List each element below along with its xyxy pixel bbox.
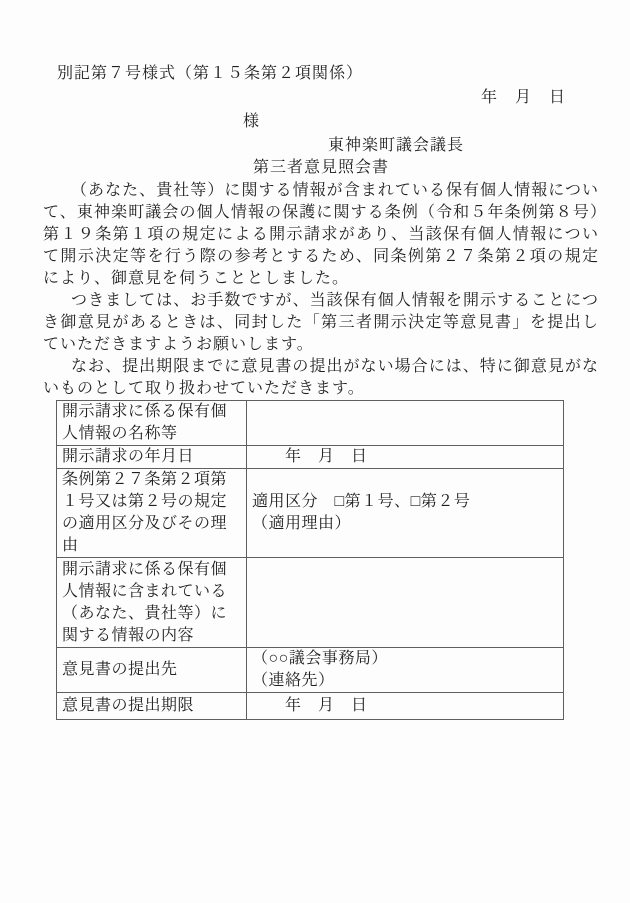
document-content: 別記第７号様式（第１５条第２項関係） 年 月 日 様 東神楽町議会議長 第三者意… [0, 0, 599, 720]
table-row-submission-destination: 意見書の提出先 （○○議会事務局） （連絡先） [57, 648, 564, 693]
paragraph-intro: （あなた、貴社等）に関する情報が含まれている保有個人情報について、東神楽町議会の… [43, 180, 599, 290]
row-label-submission-destination: 意見書の提出先 [57, 648, 247, 693]
sender-name: 東神楽町議会議長 [43, 134, 599, 158]
row-label-applicable-category: 条例第２７条第２項第１号又は第２号の規定の適用区分及びその理由 [57, 469, 247, 558]
submission-office-line: （○○議会事務局） [252, 648, 558, 670]
paragraph-request: つきましては、お手数ですが、当該保有個人情報を開示することにつき御意見があるとき… [43, 290, 599, 356]
table-row-submission-deadline: 意見書の提出期限 年 月 日 [57, 693, 564, 720]
row-label-info-content: 開示請求に係る保有個人情報に含まれている（あなた、貴社等）に関する情報の内容 [57, 558, 247, 648]
form-number: 別記第７号様式（第１５条第２項関係） [43, 62, 599, 86]
submission-contact-line: （連絡先） [252, 670, 558, 692]
row-label-submission-deadline: 意見書の提出期限 [57, 693, 247, 720]
table-row-info-content: 開示請求に係る保有個人情報に含まれている（あなた、貴社等）に関する情報の内容 [57, 558, 564, 648]
paragraph-deadline-note: なお、提出期限までに意見書の提出がない場合には、特に御意見がないものとして取り扱… [43, 356, 599, 400]
applicable-reason-line: （適用理由） [252, 513, 558, 535]
form-table: 開示請求に係る保有個人情報の名称等 開示請求の年月日 年 月 日 条例第２７条第… [56, 400, 564, 720]
row-value-submission-deadline: 年 月 日 [247, 693, 564, 720]
table-row-request-date: 開示請求の年月日 年 月 日 [57, 446, 564, 469]
row-value-submission-destination: （○○議会事務局） （連絡先） [247, 648, 564, 693]
row-label-request-date: 開示請求の年月日 [57, 446, 247, 469]
document-title: 第三者意見照会書 [43, 158, 599, 178]
applicable-category-checkbox-line: 適用区分 □第１号、□第２号 [252, 491, 558, 513]
row-label-personal-info-name: 開示請求に係る保有個人情報の名称等 [57, 401, 247, 446]
row-value-request-date: 年 月 日 [247, 446, 564, 469]
addressee-suffix: 様 [43, 110, 599, 134]
table-row-applicable-category: 条例第２７条第２項第１号又は第２号の規定の適用区分及びその理由 適用区分 □第１… [57, 469, 564, 558]
row-value-personal-info-name-empty [247, 401, 564, 446]
row-value-applicable-category: 適用区分 □第１号、□第２号 （適用理由） [247, 469, 564, 558]
date-line: 年 月 日 [43, 86, 599, 110]
document-page: 別記第７号様式（第１５条第２項関係） 年 月 日 様 東神楽町議会議長 第三者意… [0, 0, 630, 903]
table-row-personal-info-name: 開示請求に係る保有個人情報の名称等 [57, 401, 564, 446]
row-value-info-content-empty [247, 558, 564, 648]
